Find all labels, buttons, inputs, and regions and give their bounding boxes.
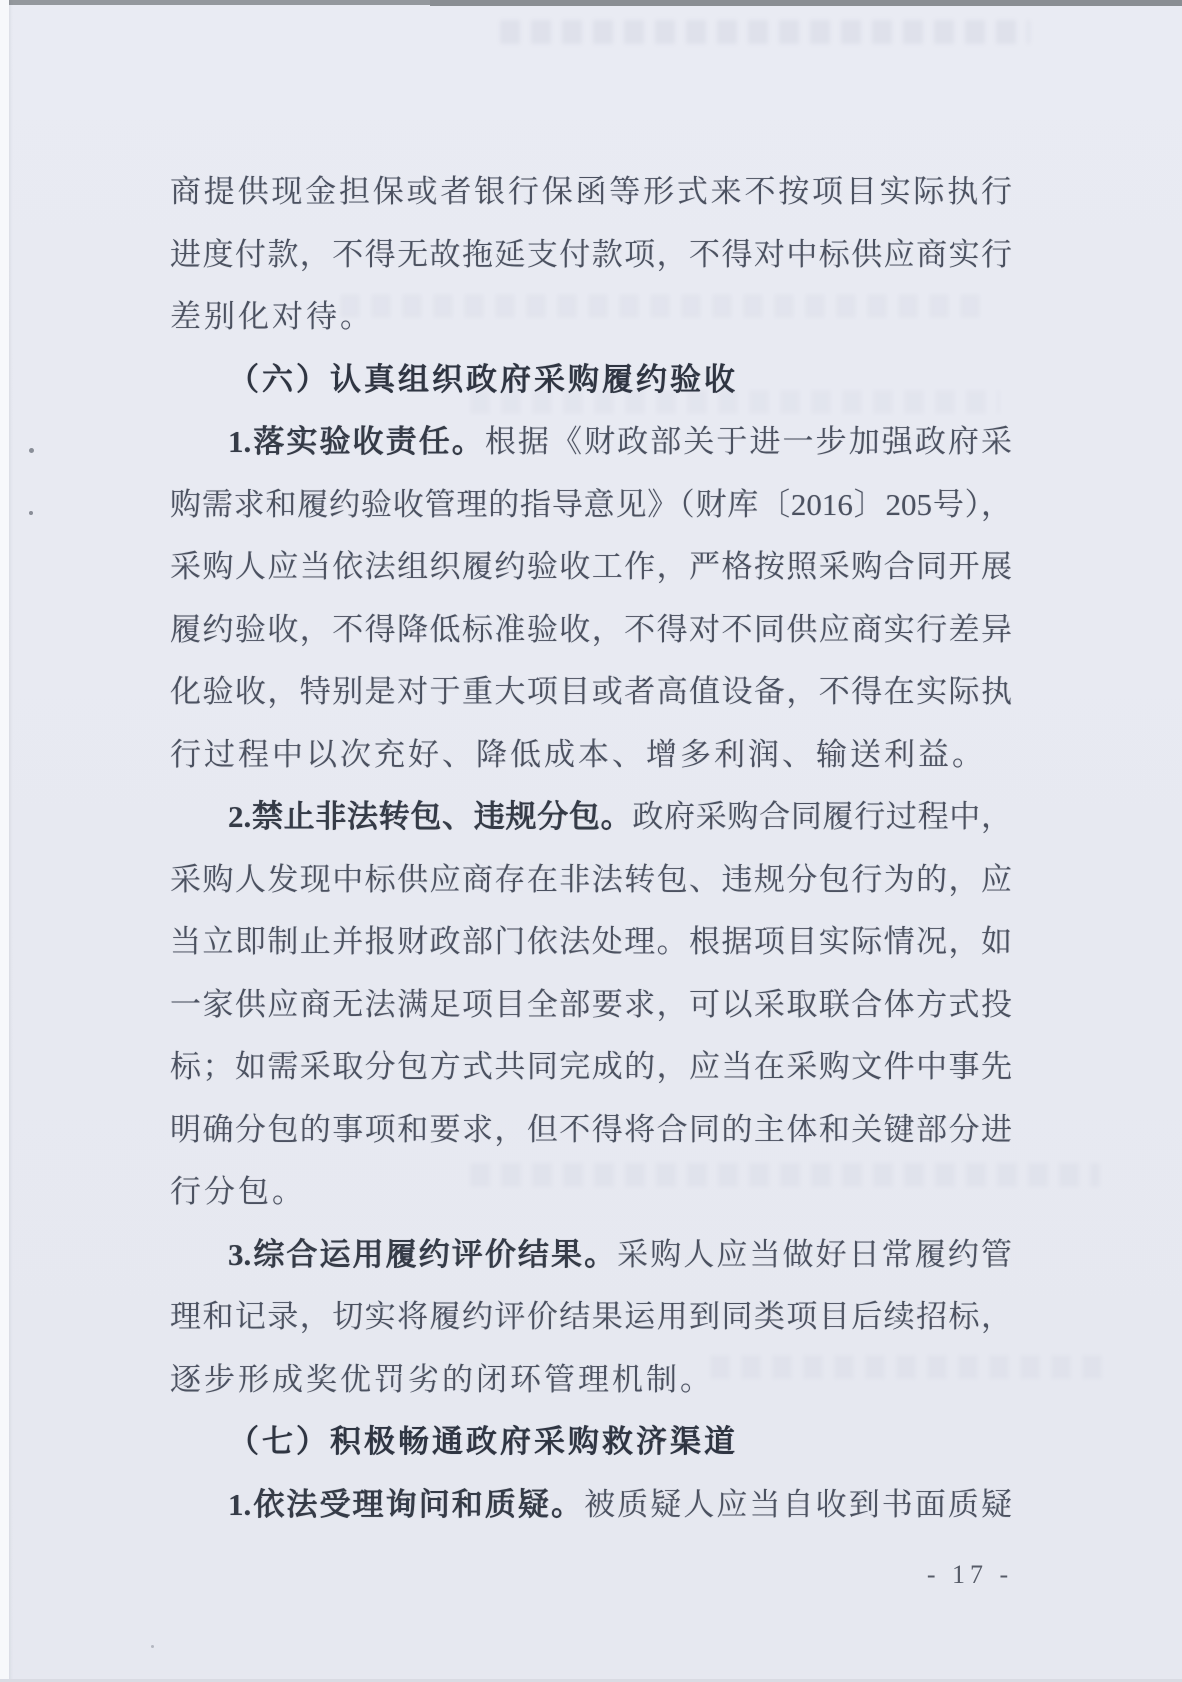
bleed-through-text — [500, 20, 1030, 44]
line-text: 化验收，特别是对于重大项目或者高值设备，不得在实际执 — [170, 674, 1012, 709]
body-line: 行过程中以次充好、降低成本、增多利润、输送利益。 — [170, 724, 1012, 787]
body-line: 3.综合运用履约评价结果。采购人应当做好日常履约管 — [170, 1224, 1012, 1287]
body-line: 商提供现金担保或者银行保函等形式来不按项目实际执行 — [170, 161, 1012, 224]
line-text: 采购人应当依法组织履约验收工作，严格按照采购合同开展 — [170, 549, 1012, 584]
line-bold-text: 2.禁止非法转包、违规分包。 — [228, 799, 632, 834]
line-text: 差别化对待。 — [170, 299, 374, 334]
line-text: 逐步形成奖优罚劣的闭环管理机制。 — [170, 1362, 714, 1397]
body-line: 一家供应商无法满足项目全部要求，可以采取联合体方式投 — [170, 974, 1012, 1037]
line-text: 明确分包的事项和要求，但不得将合同的主体和关键部分进 — [170, 1112, 1012, 1147]
line-text: 当立即制止并报财政部门依法处理。根据项目实际情况，如 — [170, 924, 1012, 959]
scanned-document-page: 商提供现金担保或者银行保函等形式来不按项目实际执行 进度付款，不得无故拖延支付款… — [0, 0, 1182, 1682]
body-line: 当立即制止并报财政部门依法处理。根据项目实际情况，如 — [170, 911, 1012, 974]
body-line: 采购人发现中标供应商存在非法转包、违规分包行为的，应 — [170, 849, 1012, 912]
body-line: 标；如需采取分包方式共同完成的，应当在采购文件中事先 — [170, 1036, 1012, 1099]
body-line: 进度付款，不得无故拖延支付款项，不得对中标供应商实行 — [170, 224, 1012, 287]
body-line: 购需求和履约验收管理的指导意见》（财库〔2016〕205号）， — [170, 474, 1012, 537]
line-text: 政府采购合同履行过程中， — [632, 799, 1012, 834]
heading-text: （六）认真组织政府采购履约验收 — [228, 362, 738, 397]
line-bold-text: 1.落实验收责任。 — [228, 424, 485, 459]
body-line: 理和记录，切实将履约评价结果运用到同类项目后续招标， — [170, 1286, 1012, 1349]
body-line: 差别化对待。 — [170, 286, 1012, 349]
page-number: - 17 - — [905, 1560, 1035, 1590]
section-heading: （六）认真组织政府采购履约验收 — [170, 349, 1012, 412]
scan-left-edge — [0, 0, 9, 1682]
heading-text: （七）积极畅通政府采购救济渠道 — [228, 1424, 738, 1459]
line-text: 标；如需采取分包方式共同完成的，应当在采购文件中事先 — [170, 1049, 1012, 1084]
line-text: 根据《财政部关于进一步加强政府采 — [485, 424, 1012, 459]
scan-speck — [151, 1645, 154, 1648]
body-line: 履约验收，不得降低标准验收，不得对不同供应商实行差异 — [170, 599, 1012, 662]
body-line: 化验收，特别是对于重大项目或者高值设备，不得在实际执 — [170, 661, 1012, 724]
body-line: 明确分包的事项和要求，但不得将合同的主体和关键部分进 — [170, 1099, 1012, 1162]
body-line: 1.依法受理询问和质疑。被质疑人应当自收到书面质疑 — [170, 1474, 1012, 1537]
body-line: 1.落实验收责任。根据《财政部关于进一步加强政府采 — [170, 411, 1012, 474]
line-text: 商提供现金担保或者银行保函等形式来不按项目实际执行 — [170, 174, 1012, 209]
body-line: 2.禁止非法转包、违规分包。政府采购合同履行过程中， — [170, 786, 1012, 849]
scan-speck — [29, 511, 33, 515]
line-text: 采购人发现中标供应商存在非法转包、违规分包行为的，应 — [170, 862, 1012, 897]
scan-top-edge-dark — [430, 0, 1182, 6]
line-text: 购需求和履约验收管理的指导意见》（财库〔2016〕205号）， — [170, 487, 1012, 522]
line-text: 一家供应商无法满足项目全部要求，可以采取联合体方式投 — [170, 987, 1012, 1022]
line-text: 被质疑人应当自收到书面质疑 — [584, 1487, 1012, 1522]
line-bold-text: 1.依法受理询问和质疑。 — [228, 1487, 584, 1522]
line-text: 理和记录，切实将履约评价结果运用到同类项目后续招标， — [170, 1299, 1012, 1334]
line-text: 行分包。 — [170, 1174, 306, 1209]
line-text: 采购人应当做好日常履约管 — [617, 1237, 1012, 1272]
line-text: 进度付款，不得无故拖延支付款项，不得对中标供应商实行 — [170, 237, 1012, 272]
line-text: 行过程中以次充好、降低成本、增多利润、输送利益。 — [170, 737, 986, 772]
body-line: 行分包。 — [170, 1161, 1012, 1224]
body-line: 逐步形成奖优罚劣的闭环管理机制。 — [170, 1349, 1012, 1412]
body-line: 采购人应当依法组织履约验收工作，严格按照采购合同开展 — [170, 536, 1012, 599]
line-text: 履约验收，不得降低标准验收，不得对不同供应商实行差异 — [170, 612, 1012, 647]
document-body: 商提供现金担保或者银行保函等形式来不按项目实际执行 进度付款，不得无故拖延支付款… — [170, 161, 1012, 1536]
section-heading: （七）积极畅通政府采购救济渠道 — [170, 1411, 1012, 1474]
line-bold-text: 3.综合运用履约评价结果。 — [228, 1237, 617, 1272]
scan-speck — [29, 448, 34, 453]
